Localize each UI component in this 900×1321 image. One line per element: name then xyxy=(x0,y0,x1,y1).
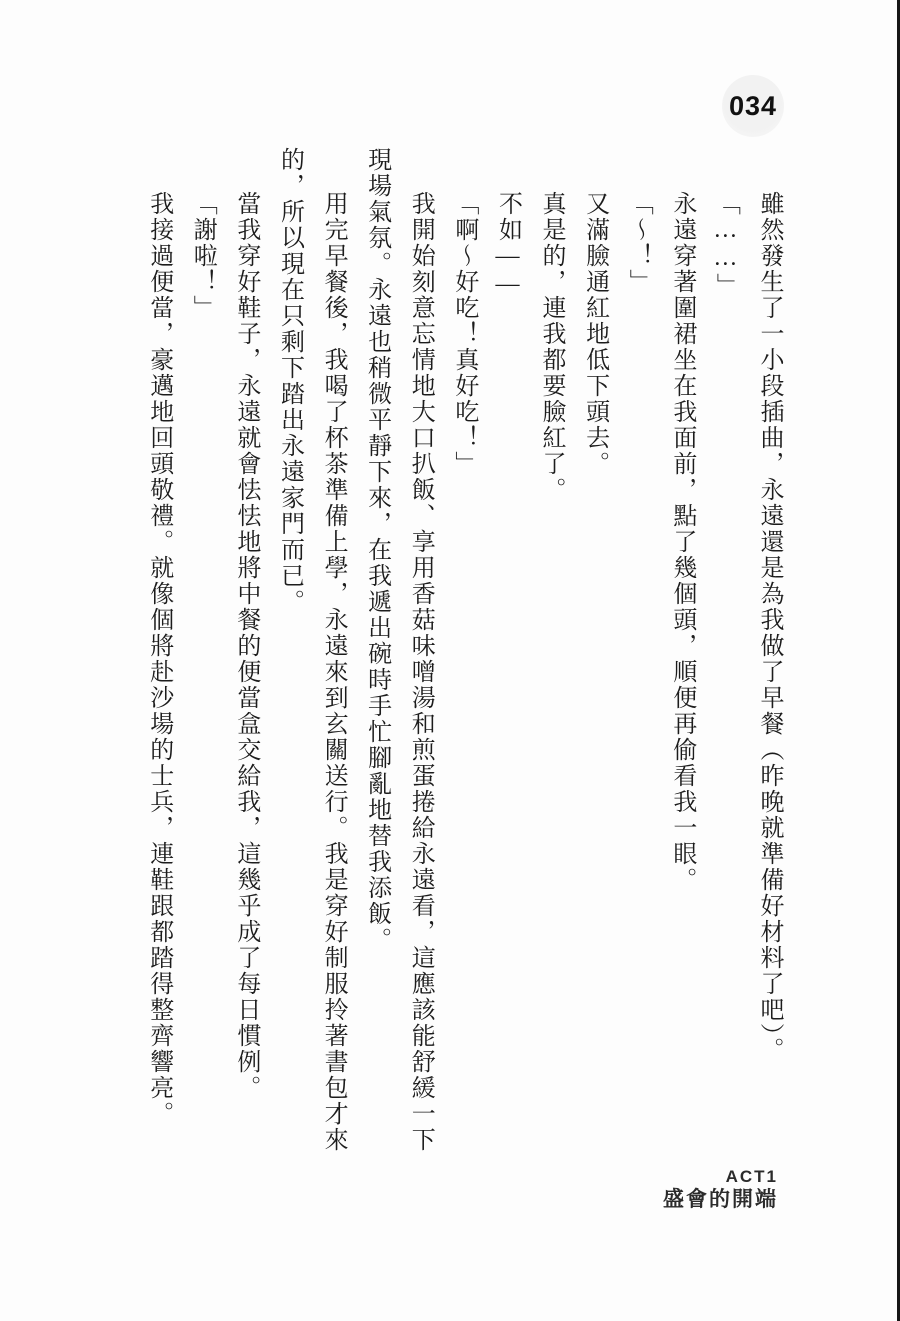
paragraph: 當我穿好鞋子，永遠就會怯怯地將中餐的便當盒交給我，這幾乎成了每日慣例。 xyxy=(223,147,267,1163)
paragraph-dialogue: 「……」 xyxy=(703,147,747,1163)
paragraph-dialogue: 「謝啦！」 xyxy=(180,147,224,1163)
paragraph-dialogue: 「啊～好吃！真好吃！」 xyxy=(441,147,485,1163)
act-label: ACT1 xyxy=(663,1167,778,1187)
novel-body-text: 雖然發生了一小段插曲，永遠還是為我做了早餐（昨晚就準備好材料了吧）。 「……」 … xyxy=(132,147,790,1163)
paragraph: 永遠穿著圍裙坐在我面前，點了幾個頭，順便再偷看我一眼。 xyxy=(659,147,703,1163)
chapter-footer: ACT1 盛會的開端 xyxy=(663,1167,778,1212)
paragraph: 又滿臉通紅地低下頭去。 xyxy=(572,147,616,1163)
page-number: 034 xyxy=(728,91,777,122)
paragraph-dialogue: 「～！」 xyxy=(616,147,660,1163)
book-page: 034 雖然發生了一小段插曲，永遠還是為我做了早餐（昨晚就準備好材料了吧）。 「… xyxy=(0,0,900,1321)
paragraph: 雖然發生了一小段插曲，永遠還是為我做了早餐（昨晚就準備好材料了吧）。 xyxy=(746,147,790,1163)
paragraph: 不如—— xyxy=(485,147,529,1163)
paragraph: 我開始刻意忘情地大口扒飯、享用香菇味噌湯和煎蛋捲給永遠看，這應該能舒緩一下現場氣… xyxy=(354,147,441,1163)
chapter-title: 盛會的開端 xyxy=(663,1187,778,1212)
page-number-badge: 034 xyxy=(722,75,784,137)
paragraph: 用完早餐後，我喝了杯茶準備上學，永遠來到玄關送行。我是穿好制服拎著書包才來的，所… xyxy=(267,147,354,1163)
paragraph: 真是的，連我都要臉紅了。 xyxy=(528,147,572,1163)
paragraph: 我接過便當，豪邁地回頭敬禮。就像個將赴沙場的士兵，連鞋跟都踏得整齊響亮。 xyxy=(136,147,180,1163)
